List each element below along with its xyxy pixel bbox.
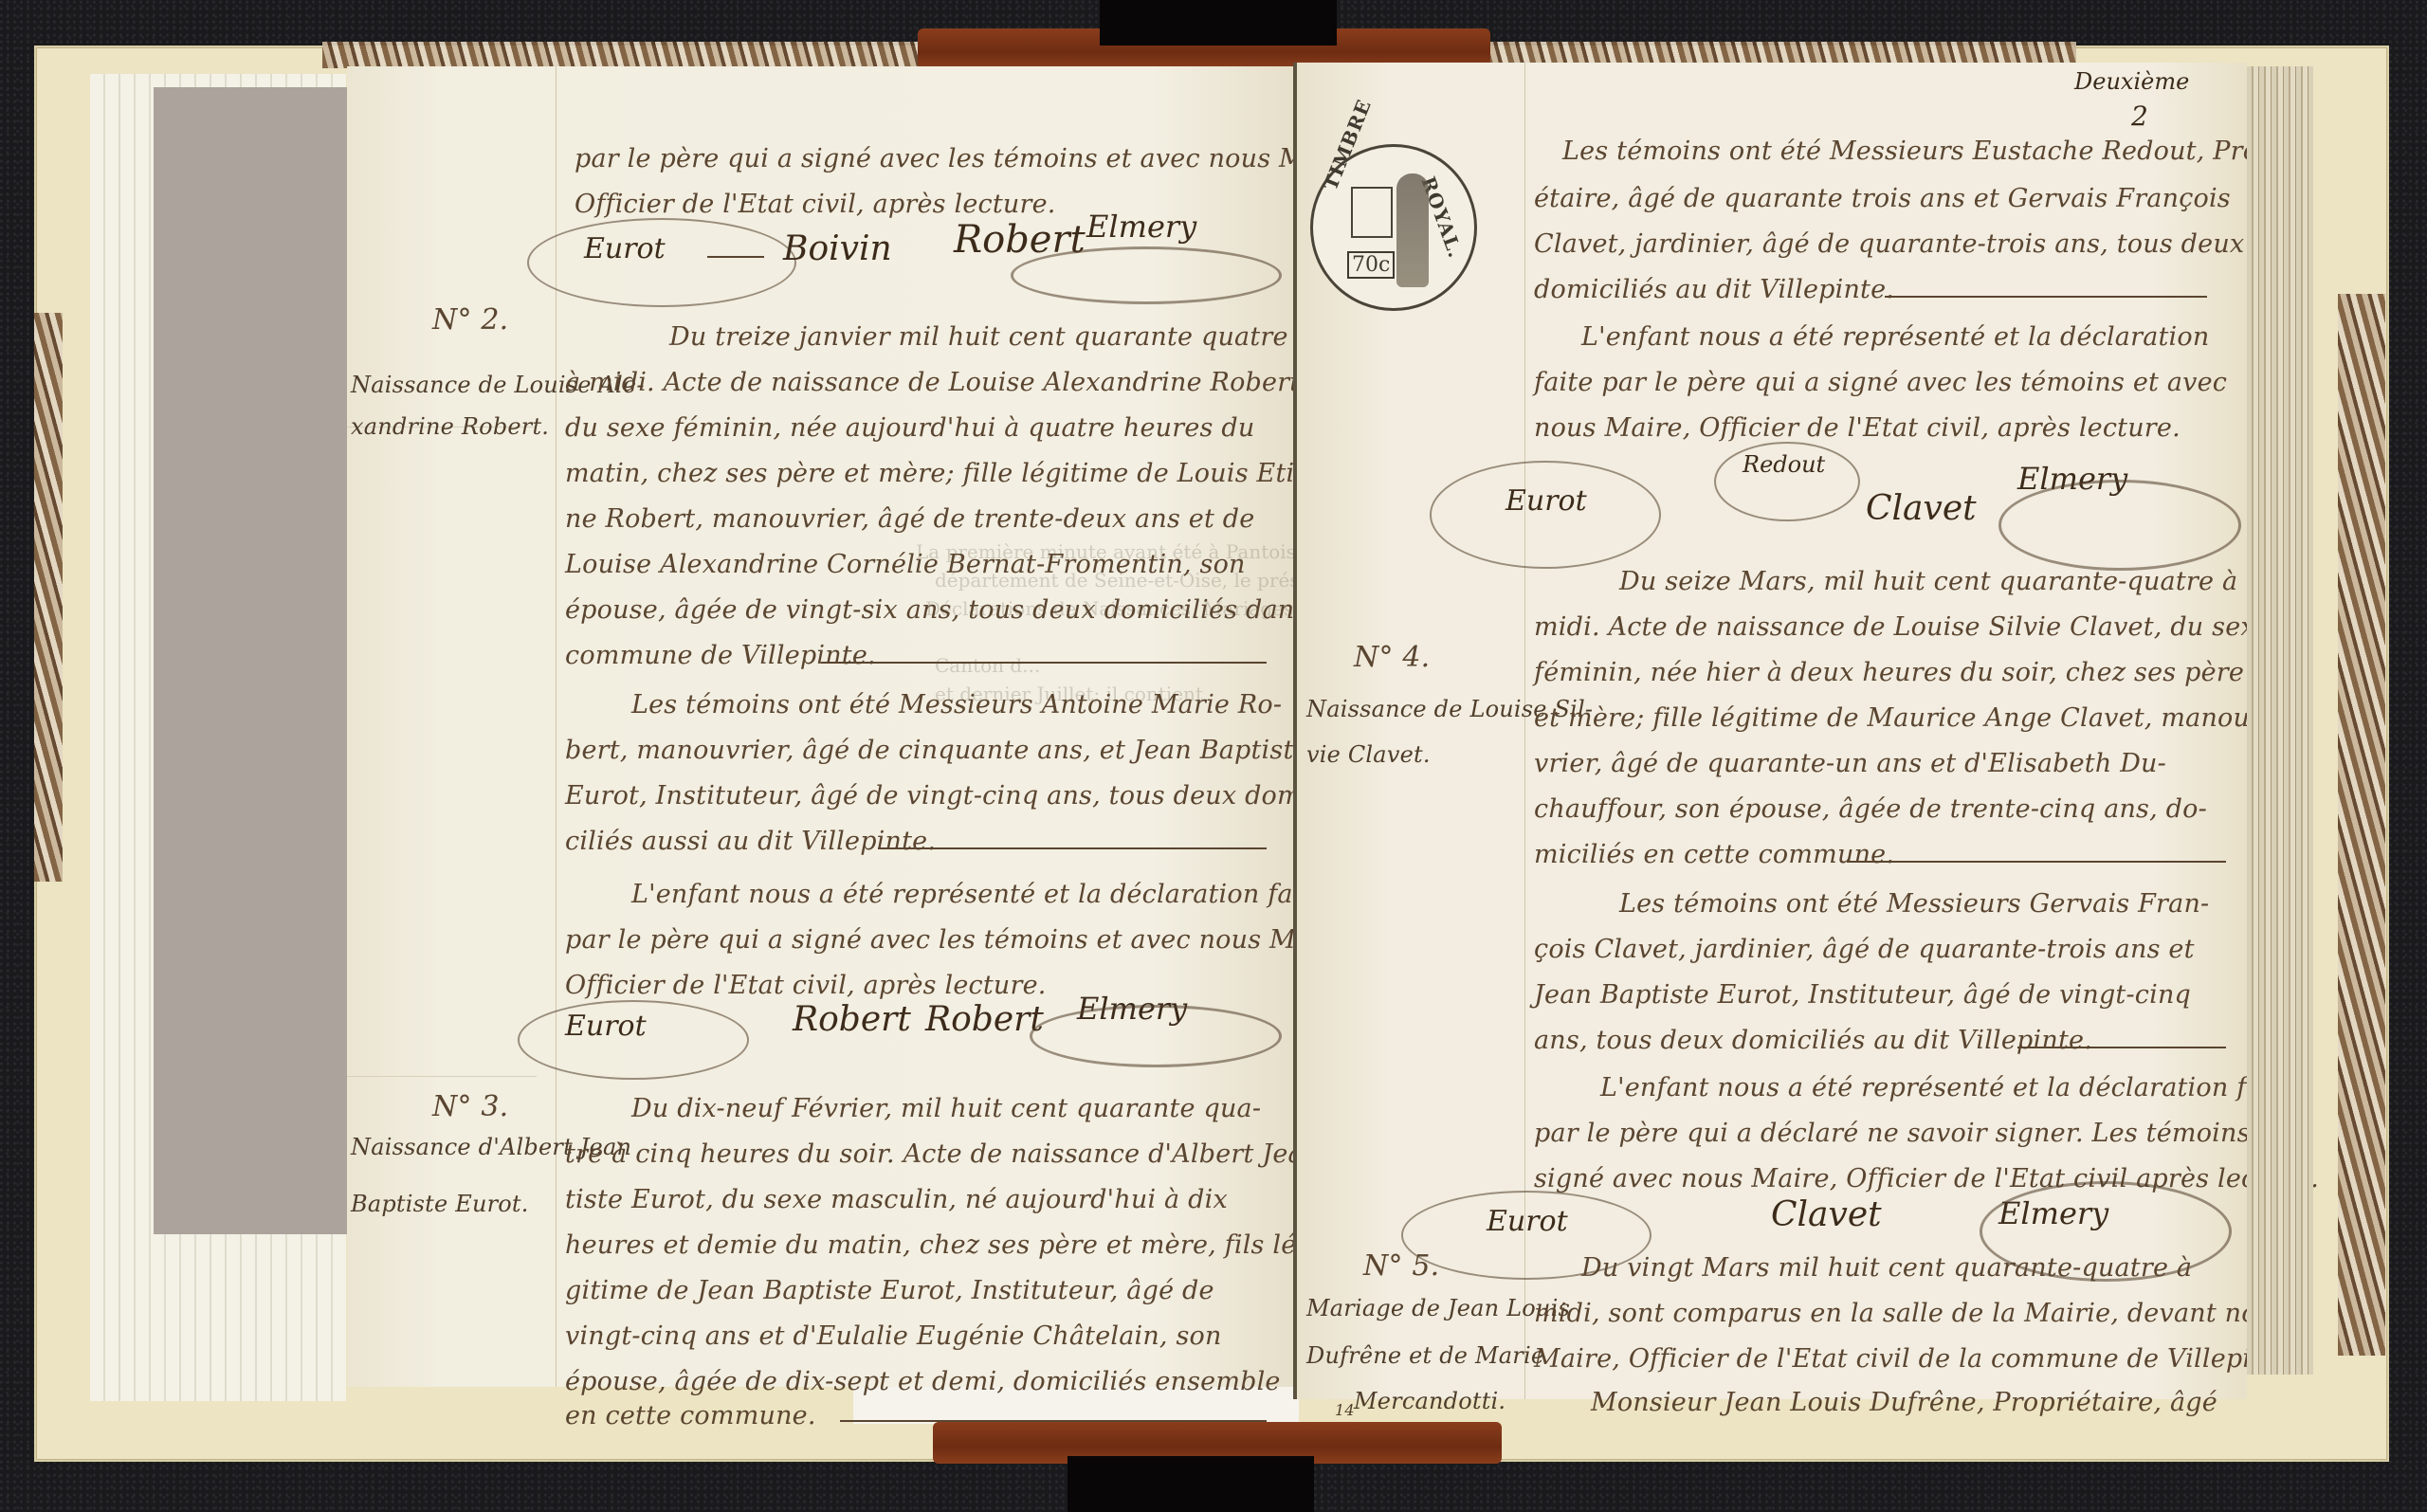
folio-number: 2 [2131,100,2148,132]
tablet-icon [1351,187,1393,238]
gray-insert-sheet [154,87,347,1234]
signature-flourish [1011,246,1282,304]
text-line: matin, chez ses père et mère; fille légi… [565,459,1335,488]
text-line: Du treize janvier mil huit cent quarante… [669,322,1288,352]
text-line: signé avec nous Maire, Officier de l'Eta… [1534,1164,2319,1193]
text-line: par le père qui a signé avec les témoins… [565,925,1356,955]
text-line: ciliés aussi au dit Villepinte. [565,827,936,856]
text-line: tiste Eurot, du sexe masculin, né aujour… [565,1185,1228,1214]
text-line: du sexe féminin, née aujourd'hui à quatr… [565,413,1254,443]
stamp-value: 70c [1347,251,1395,279]
dash-line [1847,861,2226,863]
margin-note: Mercandotti. [1354,1388,1505,1414]
text-line: ans, tous deux domiciliés au dit Villepi… [1534,1026,2092,1055]
text-line: Monsieur Jean Louis Dufrêne, Propriétair… [1591,1388,2217,1417]
text-line: bert, manouvrier, âgé de cinquante ans, … [565,736,1309,765]
signature: Elmery [1086,209,1196,245]
text-line: Louise Alexandrine Cornélie Bernat-Frome… [565,550,1246,579]
page-ordinal: Deuxième [2074,68,2189,95]
text-line: commune de Villepinte. [565,641,876,670]
text-line: Officier de l'Etat civil, après lecture. [575,190,1056,219]
text-line: Du vingt Mars mil huit cent quarante-qua… [1581,1253,2192,1283]
margin-note: vie Clavet. [1306,741,1431,768]
text-line: Clavet, jardinier, âgé de quarante-trois… [1534,229,2244,259]
dash-line [878,847,1267,849]
marbled-cover-left [34,313,63,882]
left-page: La première minute ayant été à Pantoise.… [347,66,1295,1387]
text-line: L'enfant nous a été représenté et la déc… [631,880,1327,909]
text-line: Les témoins ont été Messieurs Eustache R… [1562,137,2305,166]
marbled-cover-top-left [322,42,929,68]
text-line: en cette commune. [565,1401,816,1430]
text-line: et mère; fille légitime de Maurice Ange … [1534,703,2258,733]
text-line: chauffour, son épouse, âgée de trente-ci… [1534,794,2207,824]
text-line: vrier, âgé de quarante-un ans et d'Elisa… [1534,749,2166,778]
text-line: tre à cinq heures du soir. Acte de naiss… [565,1139,1388,1169]
bleed-through-text: Canton d... [935,654,1040,677]
text-line: midi, sont comparus en la salle de la Ma… [1534,1299,2287,1328]
text-line: épouse, âgée de dix-sept et demi, domici… [565,1367,1281,1396]
text-line: miciliés en cette commune. [1534,840,1894,869]
entry-number: N° 2. [432,303,508,337]
text-line: étaire, âgé de quarante trois ans et Ger… [1534,184,2231,213]
text-line: Les témoins ont été Messieurs Gervais Fr… [1619,889,2209,919]
dash-line [707,256,764,258]
margin-note: Baptiste Eurot. [351,1191,529,1217]
signature: Eurot [584,232,666,265]
margin-number: 14 [1335,1401,1355,1419]
entry-number: N° 4. [1354,641,1430,674]
spine-gap-top [1100,0,1337,46]
text-line: domiciliés au dit Villepinte. [1534,275,1894,304]
margin-note: Dufrêne et de Marie [1306,1342,1544,1369]
signature: Eurot [1487,1205,1568,1238]
signature-flourish [1998,480,2241,571]
page-fore-edges [2247,66,2313,1375]
signature: Robert [793,1000,911,1039]
signature: Robert [925,1000,1044,1039]
signature-flourish [1714,442,1860,521]
dash-line [2017,1047,2226,1048]
text-line: L'enfant nous a été représenté et la déc… [1581,322,2209,352]
margin-note: xandrine Robert. [351,413,549,440]
text-line: épouse, âgée de vingt-six ans, tous deux… [565,595,1340,625]
signature: Clavet [1771,1195,1882,1234]
allegorical-figure-icon [1396,173,1429,287]
text-line: L'enfant nous a été représenté et la déc… [1600,1073,2296,1102]
text-line: gitime de Jean Baptiste Eurot, Institute… [565,1276,1214,1305]
text-line: Eurot, Instituteur, âgé de vingt-cinq an… [565,781,1319,811]
text-line: Jean Baptiste Eurot, Instituteur, âgé de… [1534,980,2191,1010]
text-line: faite par le père qui a signé avec les t… [1534,368,2227,397]
dash-line [1885,296,2207,298]
dash-line [821,662,1267,664]
text-line: Les témoins ont été Messieurs Antoine Ma… [631,690,1282,720]
text-line: ne Robert, manouvrier, âgé de trente-deu… [565,504,1254,534]
text-line: à midi. Acte de naissance de Louise Alex… [565,368,1308,397]
text-line: par le père qui a déclaré ne savoir sign… [1534,1119,2302,1148]
text-line: nous Maire, Officier de l'Etat civil, ap… [1534,413,2181,443]
text-line: midi. Acte de naissance de Louise Silvie… [1534,612,2271,642]
text-line: Du seize Mars, mil huit cent quarante-qu… [1619,567,2237,596]
dash-line [840,1420,1267,1422]
margin-note: Mariage de Jean Louis [1306,1295,1570,1321]
text-line: vingt-cinq ans et d'Eulalie Eugénie Chât… [565,1321,1222,1351]
timbre-royal-stamp: TIMBRE ROYAL. 70c [1310,144,1477,311]
text-line: heures et demie du matin, chez ses père … [565,1230,1305,1260]
signature-flourish [1030,1005,1282,1067]
text-line: féminin, née hier à deux heures du soir,… [1534,658,2244,687]
text-line: par le père qui a signé avec les témoins… [575,144,1365,173]
signature: Eurot [565,1010,647,1043]
signature: Eurot [1505,484,1587,518]
text-line: Du dix-neuf Février, mil huit cent quara… [631,1094,1261,1123]
spine-gap-bottom [1068,1456,1314,1512]
text-line: Officier de l'Etat civil, après lecture. [565,971,1047,1000]
entry-number: N° 5. [1363,1249,1439,1283]
text-line: çois Clavet, jardinier, âgé de quarante-… [1534,935,2195,964]
signature: Clavet [1866,489,1977,528]
entry-number: N° 3. [432,1090,508,1123]
margin-line [347,1076,537,1077]
signature: Boivin [783,229,892,268]
marbled-cover-right [2338,294,2385,1356]
text-line: Maire, Officier de l'Etat civil de la co… [1534,1344,2302,1374]
